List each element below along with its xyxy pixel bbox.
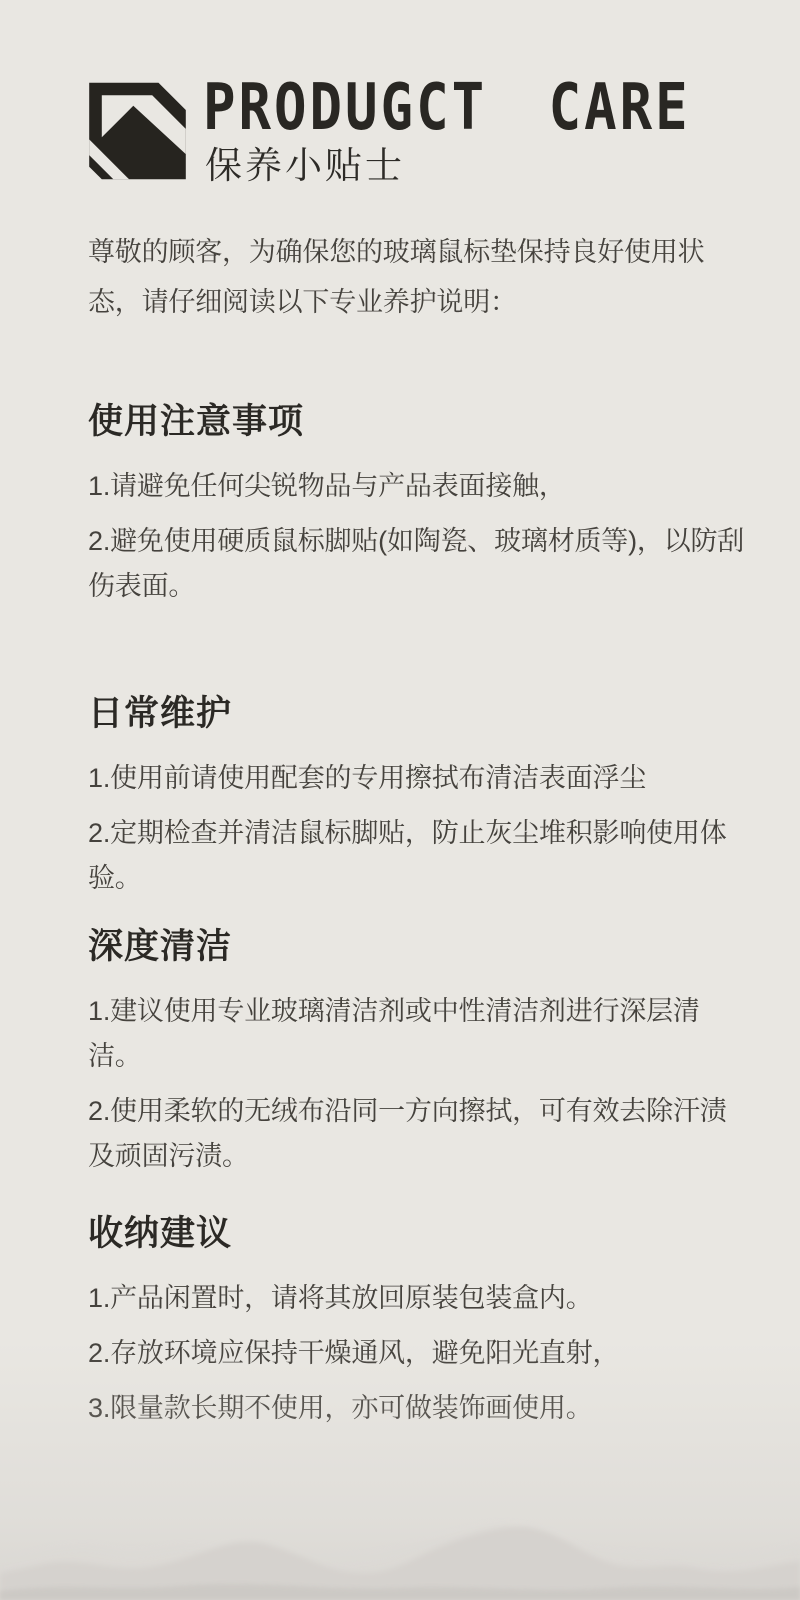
section-storage-advice: 收纳建议 1.产品闲置时，请将其放回原装包装盒内。 2.存放环境应保持干燥通风，… <box>88 1213 746 1441</box>
care-item: 1.建议使用专业玻璃清洁剂或中性清洁剂进行深层清洁。 <box>88 989 746 1079</box>
care-item: 1.使用前请使用配套的专用擦拭布清洁表面浮尘 <box>88 756 746 801</box>
care-item: 2.定期检查并清洁鼠标脚贴，防止灰尘堆积影响使用体验。 <box>88 811 746 901</box>
section-deep-cleaning: 深度清洁 1.建议使用专业玻璃清洁剂或中性清洁剂进行深层清洁。 2.使用柔软的无… <box>88 926 746 1189</box>
care-item: 1.产品闲置时，请将其放回原装包装盒内。 <box>88 1276 746 1321</box>
brand-subtitle: 保养小贴士 <box>205 144 405 188</box>
care-item: 1.请避免任何尖锐物品与产品表面接触， <box>88 464 746 509</box>
section-heading: 日常维护 <box>88 693 746 735</box>
section-daily-maintenance: 日常维护 1.使用前请使用配套的专用擦拭布清洁表面浮尘 2.定期检查并清洁鼠标脚… <box>88 693 746 911</box>
section-heading: 深度清洁 <box>88 926 746 968</box>
care-item: 2.使用柔软的无绒布沿同一方向擦拭，可有效去除汗渍及顽固污渍。 <box>88 1089 746 1179</box>
brand-title: PRODUGCT CARE <box>203 76 691 140</box>
misty-mountains-illustration <box>0 1415 800 1600</box>
section-heading: 使用注意事项 <box>88 401 746 443</box>
section-usage-precautions: 使用注意事项 1.请避免任何尖锐物品与产品表面接触， 2.避免使用硬质鼠标脚贴(… <box>88 401 746 619</box>
care-item: 2.存放环境应保持干燥通风，避免阳光直射， <box>88 1331 746 1376</box>
brand-logo-icon <box>85 78 190 184</box>
care-item: 2.避免使用硬质鼠标脚贴(如陶瓷、玻璃材质等)，以防刮伤表面。 <box>88 519 746 609</box>
product-care-page: PRODUGCT CARE 保养小贴士 尊敬的顾客，为确保您的玻璃鼠标垫保持良好… <box>0 0 800 1600</box>
section-heading: 收纳建议 <box>88 1213 746 1255</box>
intro-paragraph: 尊敬的顾客，为确保您的玻璃鼠标垫保持良好使用状态，请仔细阅读以下专业养护说明： <box>88 227 748 327</box>
